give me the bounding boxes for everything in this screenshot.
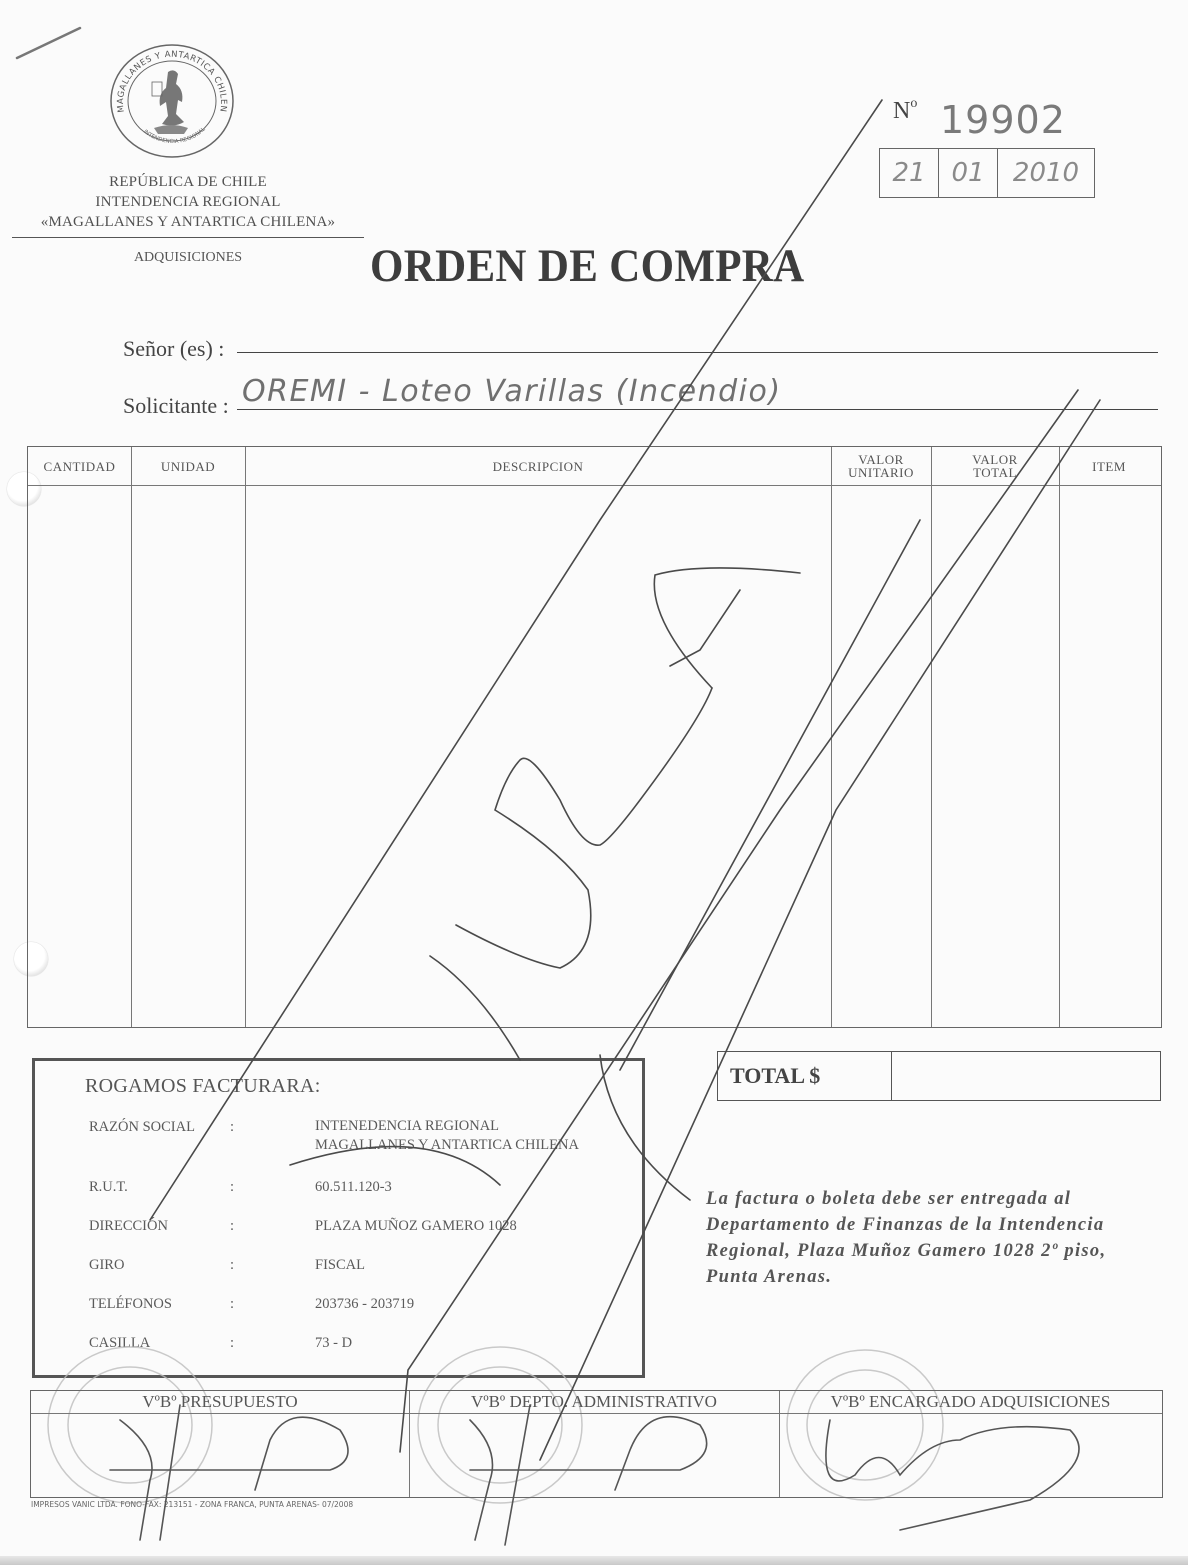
column-valor-total (931, 447, 1060, 1027)
date-year[interactable]: 2010 (998, 149, 1094, 197)
document-title: ORDEN DE COMPRA (370, 240, 804, 293)
header-unidad: UNIDAD (131, 447, 245, 485)
billing-label-direccion: DIRECCIÓN (89, 1218, 168, 1235)
billing-label-razon-social: RAZÓN SOCIAL (89, 1119, 195, 1136)
org-line: REPÚBLICA DE CHILE (12, 172, 364, 192)
separator: : (230, 1119, 234, 1136)
date-box[interactable]: 21 01 2010 (879, 148, 1095, 198)
billing-label-giro: GIRO (89, 1257, 124, 1274)
order-number: 19902 (940, 98, 1066, 142)
delivery-notice: La factura o boleta debe ser entregada a… (706, 1186, 1156, 1290)
total-value[interactable] (892, 1052, 1160, 1100)
senor-field[interactable] (237, 352, 1158, 353)
billing-label-rut: R.U.T. (89, 1179, 128, 1196)
solicitante-field[interactable] (237, 409, 1158, 410)
org-line: INTENDENCIA REGIONAL (12, 192, 364, 212)
billing-value-telefonos: 203736 - 203719 (315, 1295, 414, 1314)
number-label: No (893, 98, 917, 125)
scan-edge (0, 1556, 1188, 1565)
number-label-text: N (893, 98, 910, 124)
total-box: TOTAL $ (717, 1051, 1161, 1101)
org-line: «MAGALLANES Y ANTARTICA CHILENA» (12, 212, 364, 232)
solicitante-label: Solicitante : (123, 393, 229, 419)
approval-presupuesto: VºBº PRESUPUESTO (31, 1391, 409, 1413)
senor-label: Señor (es) : (123, 336, 224, 362)
billing-value-direccion: PLAZA MUÑOZ GAMERO 1028 (315, 1217, 517, 1236)
total-label: TOTAL $ (718, 1052, 892, 1100)
items-table: CANTIDAD UNIDAD DESCRIPCION VALOR UNITAR… (27, 446, 1162, 1028)
column-unidad (131, 447, 246, 1027)
organization-header: REPÚBLICA DE CHILE INTENDENCIA REGIONAL … (12, 172, 364, 232)
billing-value-line: INTENEDENCIA REGIONAL (315, 1117, 579, 1136)
date-month[interactable]: 01 (939, 149, 998, 197)
header-item: ITEM (1059, 447, 1159, 485)
separator: : (230, 1218, 234, 1235)
header-valor-unitario: VALOR UNITARIO (846, 447, 916, 485)
billing-value-razon-social: INTENEDENCIA REGIONAL MAGALLANES Y ANTAR… (315, 1117, 579, 1155)
header-descripcion: DESCRIPCION (245, 447, 831, 485)
separator: : (230, 1296, 234, 1313)
separator: : (230, 1179, 234, 1196)
column-descripcion (245, 447, 832, 1027)
billing-value-line: MAGALLANES Y ANTARTICA CHILENA (315, 1136, 579, 1155)
regional-seal-icon: MAGALLANES Y ANTARTICA CHILENA INTENDENC… (108, 42, 236, 160)
solicitante-value[interactable]: OREMI - Loteo Varillas (Incendio) (242, 374, 782, 409)
department-label: ADQUISICIONES (12, 250, 364, 266)
printer-footer: IMPRESOS VANIC LTDA. FONO-FAX: 213151 - … (31, 1500, 353, 1509)
date-day[interactable]: 21 (880, 149, 939, 197)
header-valor-total: VALOR TOTAL (960, 447, 1030, 485)
billing-value-rut: 60.511.120-3 (315, 1178, 392, 1197)
approval-encargado-adquisiciones: VºBº ENCARGADO ADQUISICIONES (779, 1391, 1162, 1413)
header-cantidad: CANTIDAD (28, 447, 131, 485)
separator: : (230, 1257, 234, 1274)
billing-title: ROGAMOS FACTURARA: (85, 1075, 321, 1098)
header-divider (12, 237, 364, 238)
number-label-sup: o (910, 96, 917, 111)
approval-signatures-table: VºBº PRESUPUESTO VºBº DEPTO. ADMINISTRAT… (30, 1390, 1163, 1498)
column-valor-unitario (831, 447, 932, 1027)
column-cantidad (28, 447, 132, 1027)
approval-depto-administrativo: VºBº DEPTO. ADMINISTRATIVO (409, 1391, 779, 1413)
billing-value-giro: FISCAL (315, 1256, 365, 1275)
corner-mark (17, 28, 80, 58)
billing-label-telefonos: TELÉFONOS (89, 1296, 172, 1313)
